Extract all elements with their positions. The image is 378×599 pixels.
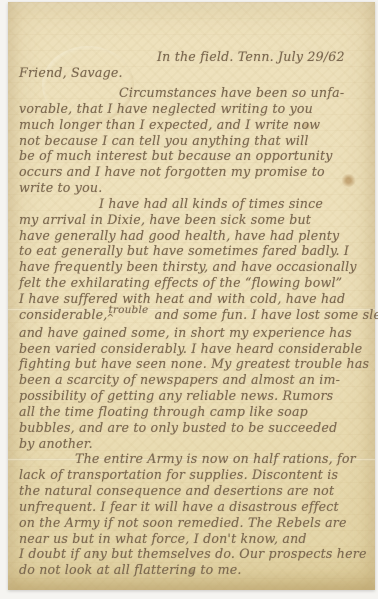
letter-line: all the time floating through camp like … <box>19 404 370 420</box>
inserted-word: trouble <box>108 303 148 319</box>
letter-line: Circumstances have been so unfa- <box>19 85 370 101</box>
letter-line: write to you. <box>19 180 370 196</box>
letter-line: unfrequent. I fear it will have a disast… <box>19 499 370 515</box>
letter-line: been a scarcity of newspapers and almost… <box>19 372 370 388</box>
letter-line: near us but in what force, I don't know,… <box>19 531 370 547</box>
letter-line: the natural consequence and desertions a… <box>19 483 370 499</box>
letter-line: possibility of getting any reliable news… <box>19 388 370 404</box>
letter-line: fighting but have seen none. My greatest… <box>19 356 370 372</box>
letter-line: do not look at all flattering to me. <box>19 562 370 578</box>
letter-line: vorable, that I have neglected writing t… <box>19 101 370 117</box>
letter-line: be of much interest but because an oppor… <box>19 148 370 164</box>
letter-line: and have gained some, in short my experi… <box>19 325 370 341</box>
letter-line-text: and some fun. I have lost some sleep <box>150 307 378 322</box>
letter-line: I have had all kinds of times since <box>19 196 370 212</box>
letter-line: considerable,trouble and some fun. I hav… <box>19 307 370 325</box>
letter-line: my arrival in Dixie, have been sick some… <box>19 212 370 228</box>
letter-line: have generally had good health, have had… <box>19 228 370 244</box>
letter-line: felt the exhilarating effects of the “fl… <box>19 275 370 291</box>
scan-background: { "letter": { "kind": "handwritten-civil… <box>0 0 378 599</box>
letter-line: lack of transportation for supplies. Dis… <box>19 467 370 483</box>
letter-content: In the field. Tenn. July 29/62 Friend, S… <box>8 2 375 590</box>
letter-line: much longer than I expected, and I write… <box>19 117 370 133</box>
letter-salutation: Friend, Savage. <box>19 65 370 81</box>
letter-paper: In the field. Tenn. July 29/62 Friend, S… <box>8 2 375 590</box>
letter-dateline: In the field. Tenn. July 29/62 <box>157 49 370 65</box>
letter-line: The entire Army is now on half rations, … <box>19 451 370 467</box>
letter-line: bubbles, and are to only busted to be su… <box>19 420 370 436</box>
letter-line: not because I can tell you anything that… <box>19 133 370 149</box>
letter-line: I have suffered with heat and with cold,… <box>19 291 370 307</box>
letter-line: to eat generally but have sometimes fare… <box>19 243 370 259</box>
letter-line: I doubt if any but themselves do. Our pr… <box>19 546 370 562</box>
letter-line: occurs and I have not forgotten my promi… <box>19 164 370 180</box>
letter-line: by another. <box>19 436 370 452</box>
letter-line: have frequently been thirsty, and have o… <box>19 259 370 275</box>
letter-line: been varied considerably. I have heard c… <box>19 341 370 357</box>
letter-line-text: considerable, <box>19 307 107 322</box>
letter-body: Circumstances have been so unfa-vorable,… <box>19 85 370 578</box>
letter-line: on the Army if not soon remedied. The Re… <box>19 515 370 531</box>
